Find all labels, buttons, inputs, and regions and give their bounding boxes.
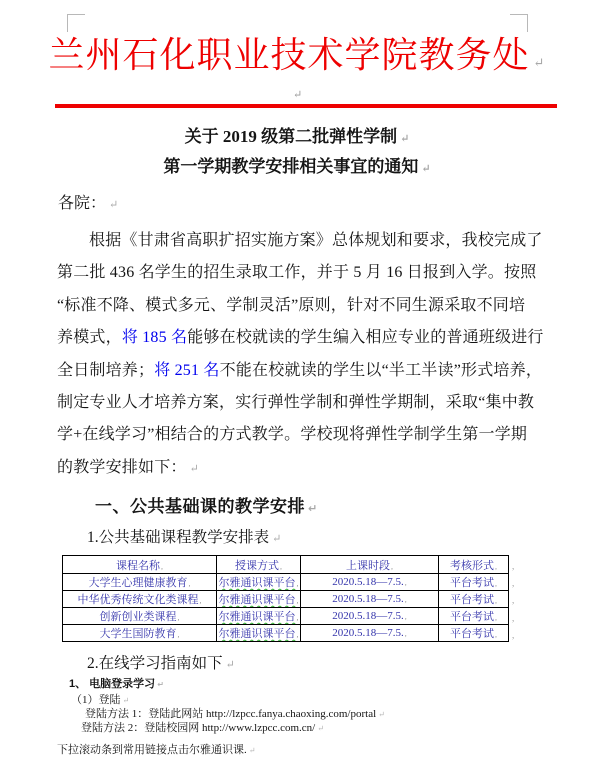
end-of-row-mark [512, 590, 524, 607]
spellcheck-wavy-text: 尔雅通识课平台 [219, 611, 296, 623]
pilcrow-mark: ↵ [293, 88, 302, 101]
table-cell: 尔雅通识课平台 [217, 591, 301, 608]
table-cell-text: 平台考试 [450, 594, 494, 606]
guide-login-method-1: 登陆方法 1：登陆此网站 http://lzpcc.fanya.chaoxing… [85, 707, 385, 722]
table-row: 中华优秀传统文化类课程尔雅通识课平台2020.5.18—7.5.平台考试 [63, 591, 509, 608]
table-cell-text: 平台考试 [450, 611, 494, 623]
table-cell: 尔雅通识课平台 [217, 608, 301, 625]
paragraph-segment: 能够在校就读的学生编入相应专业的普通班级进行 [187, 329, 543, 346]
table-header-cell: 考核形式 [439, 556, 509, 574]
guide-scroll-note: 下拉滚动条到常用链接点击尔雅通识课. [57, 743, 255, 758]
paragraph-segment: 将 251 名 [154, 362, 219, 379]
paragraph-segment: 将 185 名 [122, 329, 187, 346]
table-cell-text: 创新创业类课程 [100, 611, 177, 623]
end-of-row-mark [512, 625, 524, 642]
table-cell: 尔雅通识课平台 [217, 625, 301, 642]
course-schedule-table: 课程名称授课方式上课时段考核形式 大学生心理健康教育尔雅通识课平台2020.5.… [62, 555, 509, 642]
table-row: 创新创业类课程尔雅通识课平台2020.5.18—7.5.平台考试 [63, 608, 509, 625]
paragraph-segment: “标准不降、模式多元、学制灵活”原则，针对不同生源采取不同培 [57, 297, 525, 314]
paragraph-segment: 的教学安排如下： [57, 459, 187, 476]
paragraph-segment: 学+在线学习”相结合的方式教学。学校现将弹性学制学生第一学期 [57, 426, 527, 443]
table-cell: 平台考试 [439, 608, 509, 625]
subitem-schedule-table-title: 1.公共基础课程教学安排表 [87, 525, 281, 547]
table-row: 大学生国防教育尔雅通识课平台2020.5.18—7.5.平台考试 [63, 625, 509, 642]
spellcheck-wavy-text: 尔雅通识课平台 [219, 628, 296, 640]
table-cell: 平台考试 [439, 591, 509, 608]
table-header-cell: 授课方式 [217, 556, 301, 574]
table-header-cell: 上课时段 [301, 556, 439, 574]
end-of-row-mark [512, 556, 524, 573]
paragraph-segment: 不能在校就读的学生以“半工半读”形式培养， [220, 362, 542, 379]
paragraph-segment: 全日制培养； [57, 362, 154, 379]
table-header-row: 课程名称授课方式上课时段考核形式 [63, 556, 509, 574]
table-cell-text: 2020.5.18—7.5. [332, 627, 404, 639]
paragraph-segment: 第二批 436 名学生的招生录取工作，并于 5 月 16 日报到入学。按照 [57, 264, 536, 281]
table-cell: 大学生心理健康教育 [63, 574, 217, 591]
section-heading-public-courses: 一、公共基础课的教学安排 [95, 492, 318, 517]
table-cell: 平台考试 [439, 574, 509, 591]
masthead-title: 兰州石化职业技术学院教务处 [0, 24, 594, 94]
table-cell-text: 平台考试 [450, 577, 494, 589]
table-cell: 尔雅通识课平台 [217, 574, 301, 591]
spellcheck-wavy-text: 尔雅通识课平台 [219, 577, 296, 589]
spellcheck-wavy-text: 尔雅通识课平台 [219, 594, 296, 606]
table-cell: 平台考试 [439, 625, 509, 642]
paragraph-segment: 制定专业人才培养方案，实行弹性学制和弹性学期制，采取“集中教 [57, 394, 534, 411]
table-row: 大学生心理健康教育尔雅通识课平台2020.5.18—7.5.平台考试 [63, 574, 509, 591]
table-cell: 大学生国防教育 [63, 625, 217, 642]
notice-title-line2: 第一学期教学安排相关事宜的通知 [0, 155, 594, 181]
header-rule [55, 104, 557, 108]
notice-body-paragraph: 根据《甘肃省高职扩招实施方案》总体规划和要求，我校完成了第二批 436 名学生的… [57, 225, 543, 485]
table-cell: 2020.5.18—7.5. [301, 625, 439, 642]
guide-step-login: （1）登陆 [71, 693, 129, 708]
guide-login-method-2: 登陆方法 2：登陆校园网 http://www.lzpcc.com.cn/ [81, 721, 324, 736]
table-cell-text: 2020.5.18—7.5. [332, 610, 404, 622]
end-of-row-marks [512, 556, 524, 642]
table-cell-text: 中华优秀传统文化类课程 [78, 594, 199, 606]
table-cell: 中华优秀传统文化类课程 [63, 591, 217, 608]
salutation: 各院： [58, 192, 118, 217]
paragraph-segment: 养模式， [57, 329, 122, 346]
notice-title-line1: 关于 2019 级第二批弹性学制 [0, 125, 594, 151]
table-cell-text: 2020.5.18—7.5. [332, 576, 404, 588]
paragraph-segment: 根据《甘肃省高职扩招实施方案》总体规划和要求，我校完成了 [89, 232, 543, 249]
table-cell: 创新创业类课程 [63, 608, 217, 625]
guide-item-computer-login: 1、 电脑登录学习 [69, 677, 164, 692]
table-cell-text: 大学生心理健康教育 [89, 577, 188, 589]
document-page: 兰州石化职业技术学院教务处 ↵ 关于 2019 级第二批弹性学制 第一学期教学安… [0, 0, 594, 777]
table-cell: 2020.5.18—7.5. [301, 574, 439, 591]
subitem-online-guide-title: 2.在线学习指南如下 [87, 651, 235, 673]
end-of-row-mark [512, 608, 524, 625]
table-cell-text: 大学生国防教育 [100, 628, 177, 640]
table-cell: 2020.5.18—7.5. [301, 608, 439, 625]
table-cell: 2020.5.18—7.5. [301, 591, 439, 608]
table-header-cell: 课程名称 [63, 556, 217, 574]
end-of-row-mark [512, 573, 524, 590]
table-cell-text: 2020.5.18—7.5. [332, 593, 404, 605]
table-cell-text: 平台考试 [450, 628, 494, 640]
